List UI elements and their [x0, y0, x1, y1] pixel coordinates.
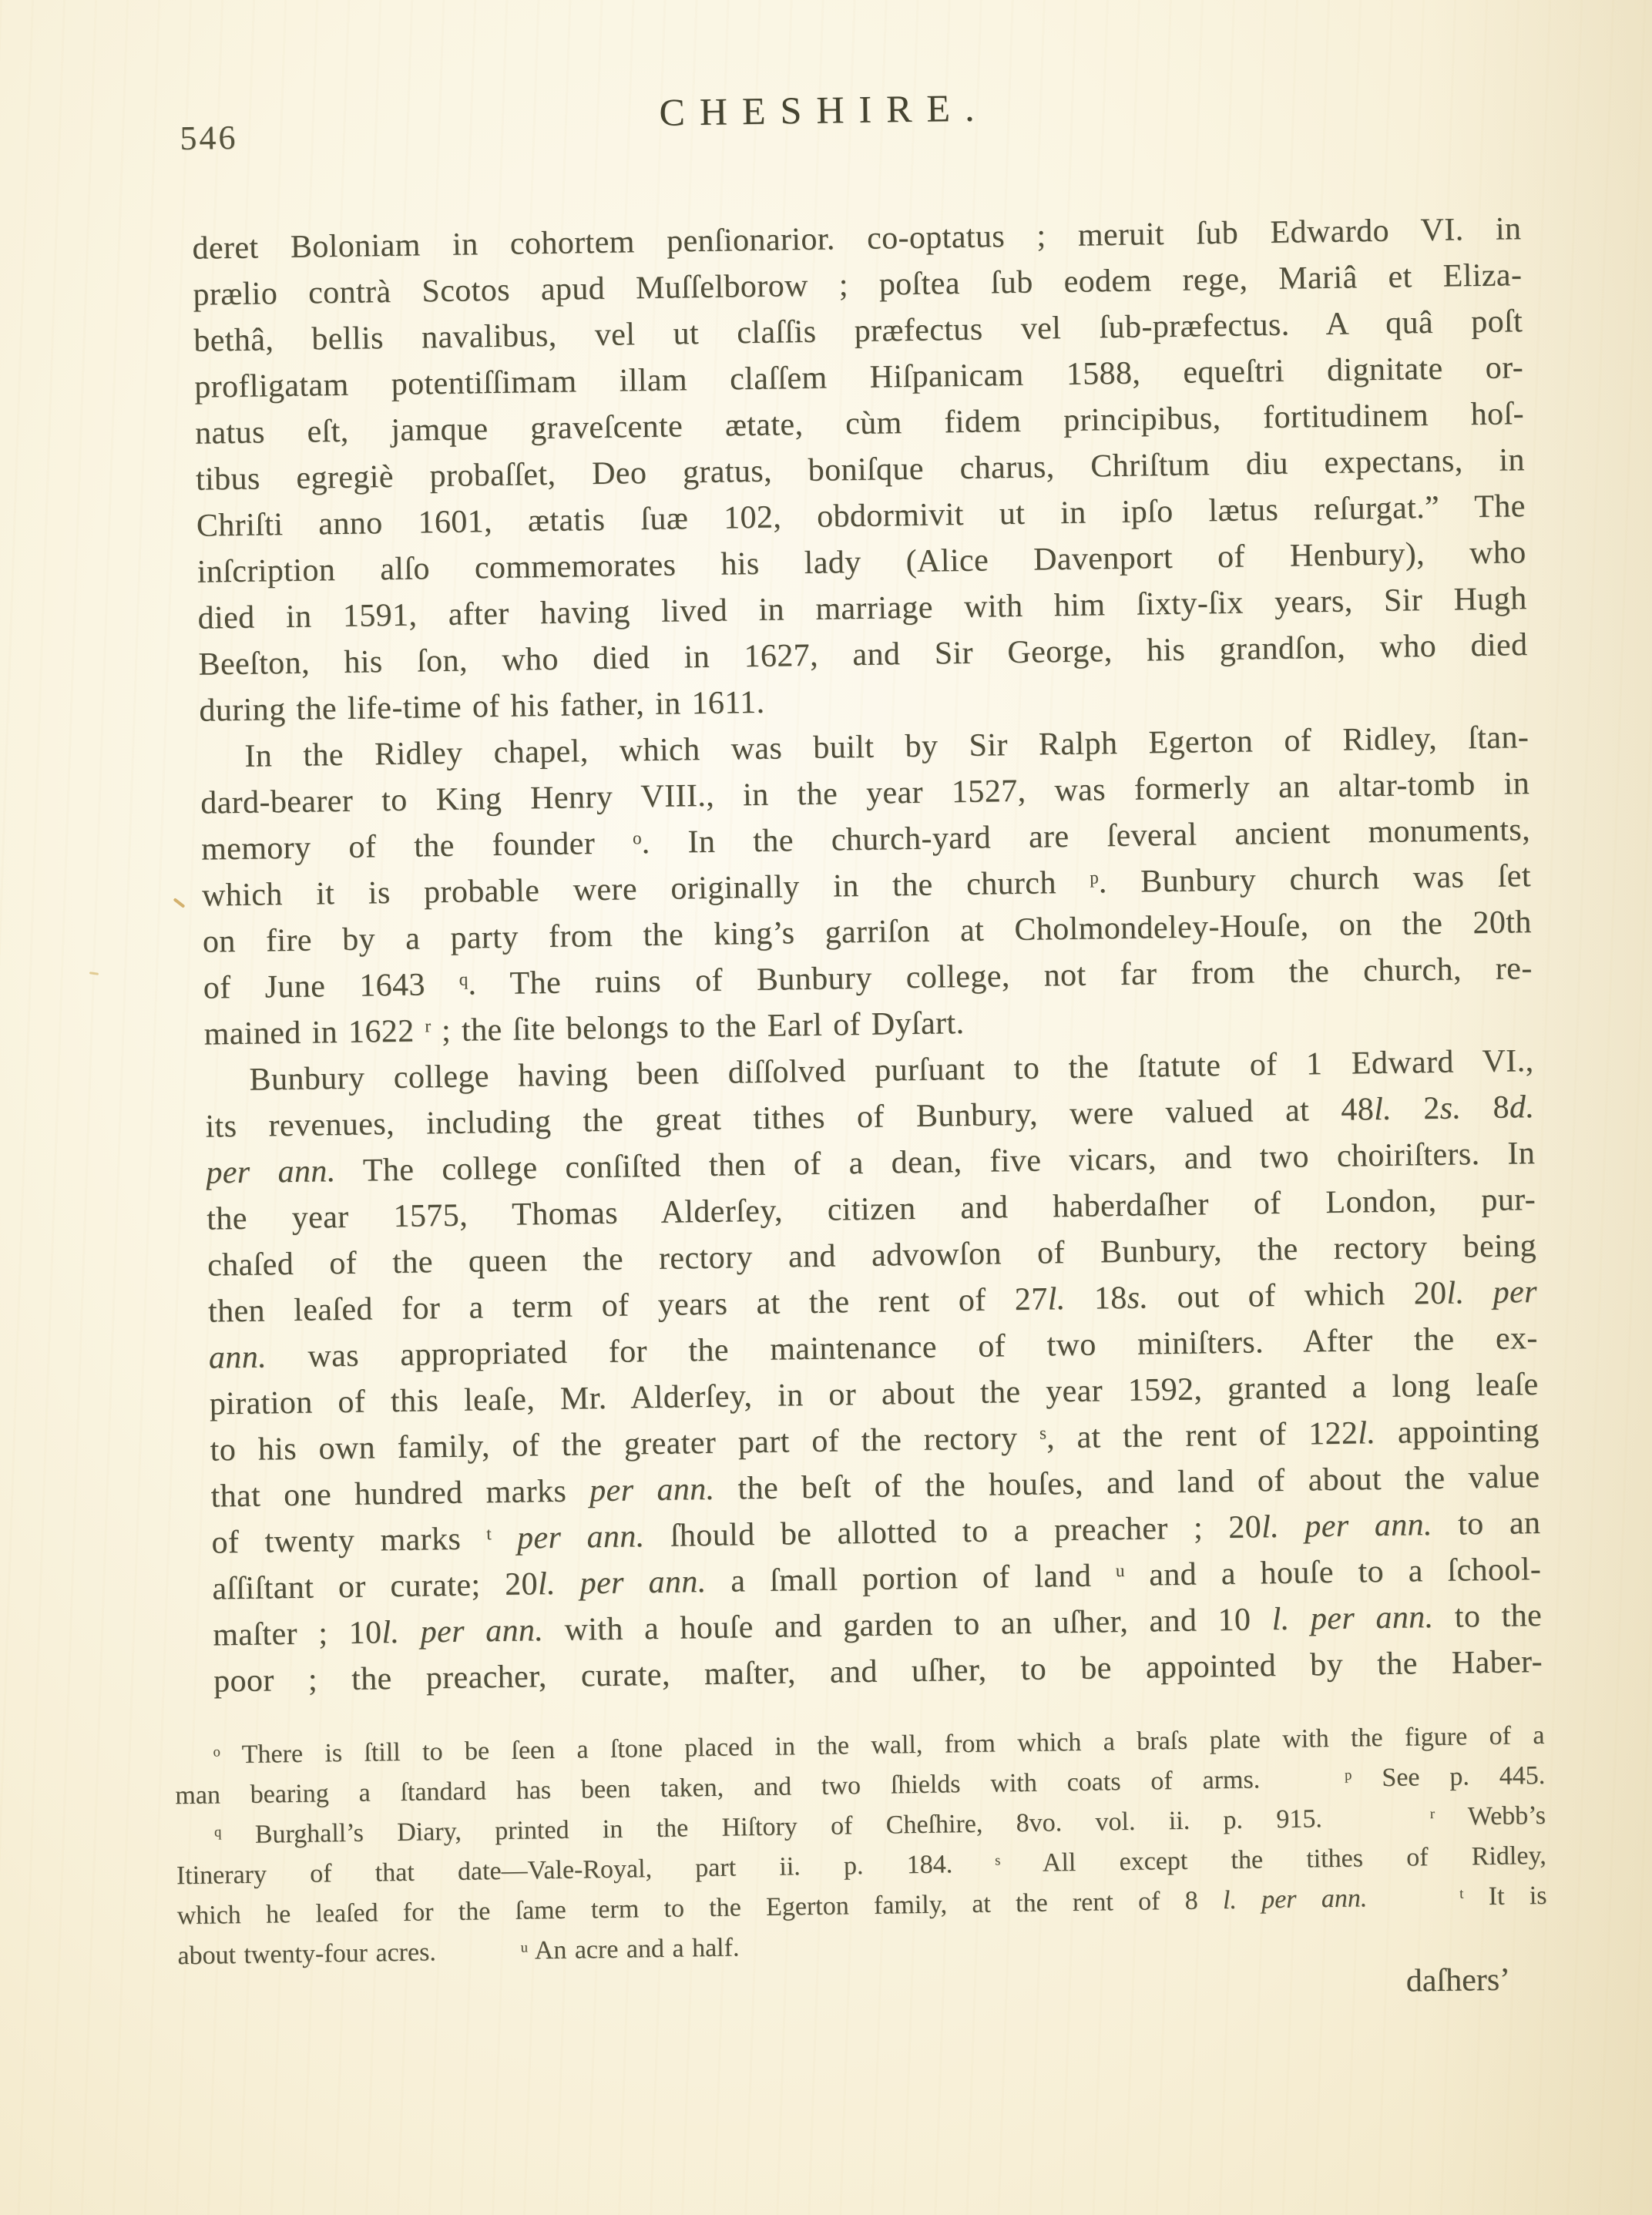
paragraph-latin-epitaph: deret Boloniam in cohortem penſionarior.…: [192, 206, 1529, 734]
footnote-marker: u: [521, 1939, 529, 1955]
footnote-marker: q: [214, 1824, 222, 1840]
footnote-marker: t: [1459, 1885, 1464, 1901]
footnote-gap: [952, 1865, 995, 1868]
footnote-gap: [1367, 1898, 1459, 1901]
paragraph-bunbury-college: Bunbury college having been diſſolved pu…: [204, 1038, 1543, 1704]
footnote-marker: r: [1430, 1806, 1435, 1822]
footnote-marker: s: [1039, 1423, 1046, 1443]
page-content: 546 CHESHIRE. deret Boloniam in cohortem…: [175, 71, 1548, 2018]
book-page-scan: 546 CHESHIRE. deret Boloniam in cohortem…: [0, 0, 1652, 2215]
footnote-marker: q: [459, 969, 468, 989]
footnote-gap: [436, 1952, 521, 1955]
footnote-marker: p: [1345, 1767, 1352, 1783]
footnote-gap: [1322, 1818, 1430, 1821]
pen-mark-small: [89, 972, 99, 975]
footnote-marker: u: [1116, 1560, 1125, 1580]
footnote-marker: o: [213, 1743, 220, 1760]
footnotes: o There is ſtill to be ſeen a ſtone plac…: [174, 1716, 1547, 1976]
paragraph-ridley-chapel: In the Ridley chapel, which was built by…: [200, 714, 1533, 1058]
running-title: CHESHIRE.: [152, 72, 1497, 143]
pen-mark: [173, 898, 186, 908]
footnote-marker: s: [995, 1852, 1001, 1868]
page-header: 546 CHESHIRE.: [175, 71, 1521, 226]
catchword: daſhers’: [1406, 1962, 1511, 1999]
footnote-marker: o: [633, 828, 642, 848]
footnote-marker: r: [425, 1016, 431, 1036]
footnote-marker: p: [1090, 868, 1099, 888]
body-text: deret Boloniam in cohortem penſionarior.…: [192, 206, 1543, 1704]
footnote-gap: [1260, 1780, 1345, 1783]
footnote-marker: t: [486, 1524, 492, 1544]
